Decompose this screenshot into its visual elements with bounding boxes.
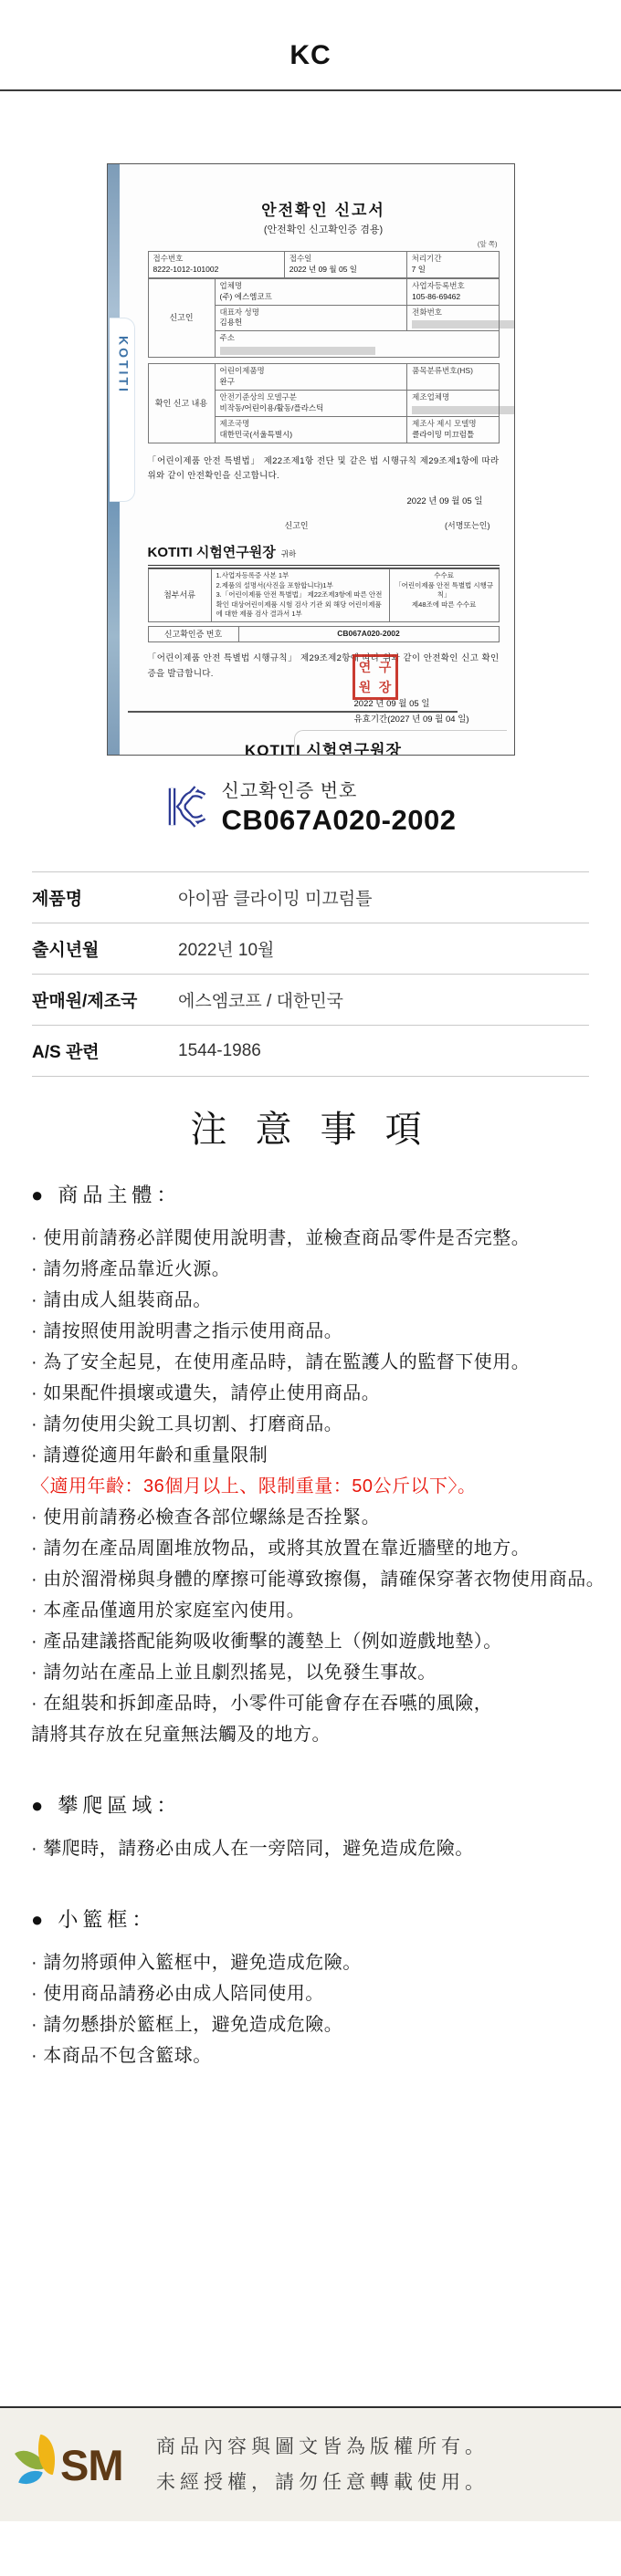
notice-item: · 請按照使用說明書之指示使用商品。 <box>31 1316 621 1347</box>
notice-title: 注 意 事 項 <box>0 1100 621 1152</box>
notice-item: · 由於溜滑梯與身體的摩擦可能導致擦傷，請確保穿著衣物使用商品。 <box>31 1564 621 1595</box>
notice-section-heading: ● 商品主體： <box>31 1180 621 1211</box>
fee-line1: 「어린이제품 안전 특별법 시행규칙」 <box>395 581 494 600</box>
notice-item: · 請勿將產品靠近火源。 <box>31 1254 621 1285</box>
info-row-value: 에스엠코프 / 대한민국 <box>178 987 343 1012</box>
notice-item: · 請勿站在產品上並且劇烈搖晃，以免發生事故。 <box>31 1657 621 1688</box>
footer-line-1: 商品內容與圖文皆為版權所有。 <box>156 2429 489 2465</box>
seal-character: 구 <box>375 660 395 675</box>
notice-item: · 使用前請務必檢查各部位螺絲是否拴緊。 <box>31 1502 621 1533</box>
notice-item: · 請由成人組裝商品。 <box>31 1285 621 1316</box>
product-label: 어린이제품명 <box>220 366 403 377</box>
notice-item: · 請遵從適用年齡和重量限制 <box>31 1440 621 1471</box>
kc-mark-icon <box>165 785 209 829</box>
applicant-table: 신고인 업체명 (주) 에스엠코프 사업자등록번호 105-86-69462 대… <box>148 278 500 359</box>
info-row-value: 1544-1986 <box>178 1041 261 1061</box>
certificate-title: 안전확인 신고서 <box>148 197 500 220</box>
notice-sections: ● 商品主體：· 使用前請務必詳閱使用說明書，並檢查商品零件是否完整。· 請勿將… <box>31 1180 621 2071</box>
attachment-item: 3.「어린이제품 안전 특별법」 제22조제3항에 따른 안전확인 대상어린이제… <box>216 590 384 620</box>
receipt-period-value: 7 일 <box>412 265 494 276</box>
ceo-value: 김용헌 <box>220 318 403 329</box>
model-class-label: 안전기준상의 모델구분 <box>220 392 403 403</box>
seal-character: 장 <box>375 680 395 695</box>
notice-item: · 本商品不包含籃球。 <box>31 2040 621 2071</box>
fee-line2: 제48조에 따른 수수료 <box>395 600 494 610</box>
seal-character: 연 <box>355 660 375 675</box>
validity-date: 유효기간(2027 년 09 월 04 일) <box>354 712 500 727</box>
bizno-label: 사업자등록번호 <box>412 281 493 292</box>
certificate-corner-note: (앞 쪽) <box>148 239 498 249</box>
country-value: 대한민국(서울특별시) <box>220 430 403 441</box>
cert-no-label: 신고확인증 번호 <box>148 626 238 642</box>
certificate-document: KOTITI 안전확인 신고서 (안전확인 신고확인증 겸용) (앞 쪽) 접수… <box>107 163 515 756</box>
notice-section-heading: ● 攀爬區域： <box>31 1790 621 1821</box>
footer-text: 商品內容與圖文皆為版權所有。 未經授權，請勿任意轉載使用。 <box>156 2429 489 2500</box>
applicant-section-label: 신고인 <box>148 278 215 358</box>
model-class-cell: 안전기준상의 모델구분 비작동/어린이용/활동/플라스틱 <box>215 391 407 417</box>
declaration-section-label: 확인 신고 내용 <box>148 364 215 443</box>
table-row: 출시년월 2022년 10월 <box>32 923 589 975</box>
receipt-period-label: 처리기간 <box>412 254 494 265</box>
receipt-date-value: 2022 년 09 월 05 일 <box>289 265 402 276</box>
attachments-table: 첨부서류 1.사업자등록증 사본 1부2.제품의 설명서(사진을 포함합니다)1… <box>148 568 500 622</box>
kc-header-title: KC <box>0 40 621 71</box>
info-row-label: 제품명 <box>32 885 178 910</box>
certificate-statement-2: 「어린이제품 안전 특별법 시행규칙」 제29조제2항에 따라 위와 같이 안전… <box>148 652 500 682</box>
company-value: (주) 에스엠코프 <box>220 292 403 303</box>
notice-section: ● 攀爬區域：· 攀爬時，請務必由成人在一旁陪同，避免造成危險。 <box>31 1790 621 1864</box>
info-row-value: 아이팜 클라이밍 미끄럼틀 <box>178 885 372 910</box>
ceo-cell: 대표자 성명 김용헌 <box>215 305 407 331</box>
maker-label: 제조업체명 <box>412 392 493 403</box>
model-label: 제조사 제시 모델명 <box>412 419 493 430</box>
certificate-statement-1: 「어린이제품 안전 특별법」 제22조제1항 전단 및 같은 법 시행규칙 제2… <box>148 454 500 485</box>
receipt-date-cell: 접수일 2022 년 09 월 05 일 <box>284 252 406 278</box>
bizno-cell: 사업자등록번호 105-86-69462 <box>407 278 499 305</box>
sign-note: (서명또는인) <box>445 519 489 531</box>
notice-item: · 請勿在產品周圍堆放物品，或將其放置在靠近牆壁的地方。 <box>31 1533 621 1564</box>
kc-mark-text: 신고확인증 번호 CB067A020-2002 <box>222 776 457 837</box>
company-label: 업체명 <box>220 281 403 292</box>
notice-item: · 本產品僅適用於家庭室內使用。 <box>31 1595 621 1626</box>
certificate-subtitle: (안전확인 신고확인증 겸용) <box>148 222 500 236</box>
product-cell: 어린이제품명 완구 <box>215 364 407 391</box>
fee-title: 수수료 <box>395 571 494 581</box>
footer-line-2: 未經授權，請勿任意轉載使用。 <box>156 2465 489 2500</box>
phone-label: 전화번호 <box>412 308 493 318</box>
address-label: 주소 <box>220 333 494 344</box>
info-row-label: A/S 관련 <box>32 1038 178 1063</box>
receipt-table: 접수번호 8222-1012-101002 접수일 2022 년 09 월 05… <box>148 251 500 278</box>
info-row-label: 판매원/제조국 <box>32 987 178 1012</box>
cert-no-value: CB067A020-2002 <box>238 626 499 642</box>
kc-mark-block: 신고확인증 번호 CB067A020-2002 <box>0 776 621 837</box>
model-value: 클라이밍 미끄럼틀 <box>412 430 493 441</box>
notice-item: · 如果配件損壞或遺失，請停止使用商品。 <box>31 1378 621 1409</box>
info-row-label: 출시년월 <box>32 936 178 961</box>
country-label: 제조국명 <box>220 419 403 430</box>
attachments-items: 1.사업자등록증 사본 1부2.제품의 설명서(사진을 포함합니다)1부3.「어… <box>211 569 389 622</box>
kc-mark-label: 신고확인증 번호 <box>222 776 457 802</box>
info-row-value: 2022년 10월 <box>178 936 274 961</box>
maker-cell: 제조업체명 <box>407 391 499 417</box>
kotiti-vertical-label: KOTITI <box>117 336 132 394</box>
redacted-value <box>412 406 514 414</box>
product-value: 완구 <box>220 377 403 388</box>
redacted-value <box>412 320 514 329</box>
certificate-end-line <box>128 711 458 713</box>
seal-character: 원 <box>355 680 375 695</box>
kc-mark-number: CB067A020-2002 <box>222 804 457 837</box>
notice-item: · 使用前請務必詳閱使用說明書，並檢查商品零件是否完整。 <box>31 1223 621 1254</box>
page-header: KC <box>0 0 621 91</box>
hs-cell: 품목분류번호(HS) <box>407 364 499 391</box>
product-info-table: 제품명 아이팜 클라이밍 미끄럼틀 출시년월 2022년 10월 판매원/제조국… <box>32 871 589 1077</box>
attachment-item: 1.사업자등록증 사본 1부 <box>216 571 384 581</box>
certificate-date-1: 2022 년 09 월 05 일 <box>148 494 483 506</box>
sm-logo-text: SM <box>60 2440 123 2490</box>
table-row: A/S 관련 1544-1986 <box>32 1026 589 1077</box>
redacted-value <box>220 347 375 355</box>
table-row: 제품명 아이팜 클라이밍 미끄럼틀 <box>32 872 589 923</box>
notice-item: · 請勿使用尖銳工具切割、打磨商品。 <box>31 1409 621 1440</box>
sm-logo: SM <box>20 2436 143 2493</box>
receipt-no-label: 접수번호 <box>153 254 279 265</box>
notice-item: · 為了安全起見，在使用產品時，請在監護人的監督下使用。 <box>31 1347 621 1378</box>
addressee-name: KOTITI 시험연구원장 <box>148 545 276 560</box>
notice-item: 請將其存放在兒童無法觸及的地方。 <box>31 1719 621 1750</box>
notice-section-heading: ● 小籃框： <box>31 1904 621 1935</box>
page-curl-decoration <box>294 730 506 755</box>
receipt-period-cell: 처리기간 7 일 <box>406 252 499 278</box>
address-cell: 주소 <box>215 331 499 358</box>
certificate-sign-row: 신고인 (서명또는인) <box>285 519 490 531</box>
fee-cell: 수수료 「어린이제품 안전 특별법 시행규칙」 제48조에 따른 수수료 <box>389 569 499 622</box>
receipt-no-cell: 접수번호 8222-1012-101002 <box>148 252 284 278</box>
model-class-value: 비작동/어린이용/활동/플라스틱 <box>220 403 403 414</box>
country-cell: 제조국명 대한민국(서울특별시) <box>215 417 407 443</box>
ceo-label: 대표자 성명 <box>220 308 403 318</box>
notice-item: · 攀爬時，請務必由成人在一旁陪同，避免造成危險。 <box>31 1833 621 1864</box>
model-cell: 제조사 제시 모델명 클라이밍 미끄럼틀 <box>407 417 499 443</box>
certificate-addressee: KOTITI 시험연구원장귀하 <box>148 542 500 561</box>
notice-section: ● 商品主體：· 使用前請務必詳閱使用說明書，並檢查商品零件是否完整。· 請勿將… <box>31 1180 621 1750</box>
copyright-footer: SM 商品內容與圖文皆為版權所有。 未經授權，請勿任意轉載使用。 <box>0 2406 621 2521</box>
notice-section: ● 小籃框：· 請勿將頭伸入籃框中，避免造成危險。· 使用商品請務必由成人陪同使… <box>31 1904 621 2071</box>
notice-item: · 產品建議搭配能夠吸收衝擊的護墊上（例如遊戲地墊）。 <box>31 1626 621 1657</box>
signer-label: 신고인 <box>285 519 309 531</box>
receipt-no-value: 8222-1012-101002 <box>153 265 279 276</box>
attachment-item: 2.제품의 설명서(사진을 포함합니다)1부 <box>216 581 384 591</box>
certificate-body: 안전확인 신고서 (안전확인 신고확인증 겸용) (앞 쪽) 접수번호 8222… <box>108 164 514 756</box>
notice-item: · 在組裝和拆卸產品時，小零件可能會存在吞嚥的風險， <box>31 1688 621 1719</box>
declaration-table: 확인 신고 내용 어린이제품명 완구 품목분류번호(HS) 안전기준상의 모델구… <box>148 363 500 443</box>
attachments-label: 첨부서류 <box>148 569 211 622</box>
notice-item: 〈適用年齡：36個月以上、限制重量：50公斤以下〉。 <box>31 1471 621 1502</box>
cert-number-table: 신고확인증 번호 CB067A020-2002 <box>148 626 500 643</box>
addressee-suffix: 귀하 <box>281 549 296 558</box>
notice-item: · 請勿懸掛於籃框上，避免造成危險。 <box>31 2009 621 2040</box>
phone-cell: 전화번호 <box>407 305 499 331</box>
receipt-date-label: 접수일 <box>289 254 402 265</box>
company-cell: 업체명 (주) 에스엠코프 <box>215 278 407 305</box>
notice-item: · 請勿將頭伸入籃框中，避免造成危險。 <box>31 1947 621 1978</box>
bizno-value: 105-86-69462 <box>412 292 493 303</box>
table-row: 판매원/제조국 에스엠코프 / 대한민국 <box>32 975 589 1026</box>
notice-item: · 使用商品請務必由成人陪同使用。 <box>31 1978 621 2009</box>
hs-label: 품목분류번호(HS) <box>412 366 493 377</box>
red-seal-stamp: 연구원장 <box>353 654 398 700</box>
